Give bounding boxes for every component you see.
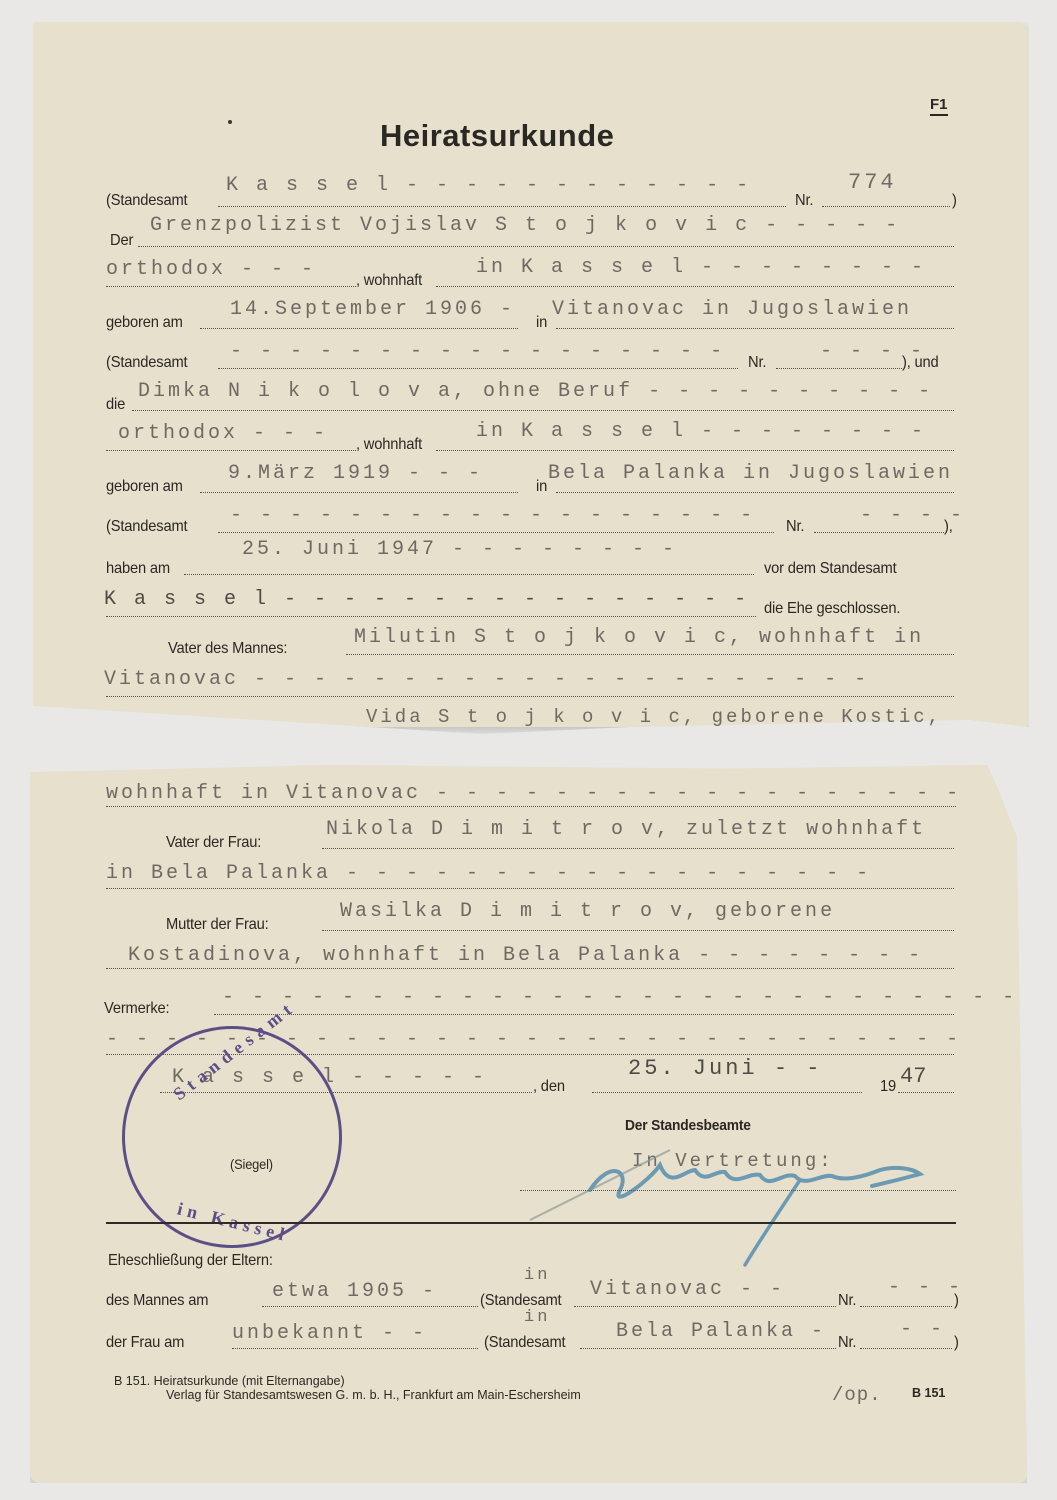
wife-born-line	[200, 492, 518, 493]
husband-residence-line	[436, 286, 954, 287]
marriage-closing-label: die Ehe geschlossen.	[764, 600, 900, 618]
husband-parents-place: Vitanovac - -	[590, 1278, 785, 1301]
husband-father-value-1: Milutin S t o j k o v i c, wohnhaft in	[354, 626, 924, 649]
husband-name-value: Grenzpolizist Vojislav S t o j k o v i c…	[150, 214, 900, 237]
husband-registry-nr-line	[776, 368, 902, 369]
marriage-vor-label: vor dem Standesamt	[764, 560, 897, 578]
remarks-label: Vermerke:	[104, 1000, 169, 1018]
husband-parents-nr-value: - - -	[888, 1276, 963, 1299]
husband-registry-label: (Standesamt	[106, 354, 187, 372]
husband-mother-line-2	[106, 806, 956, 807]
year-prefix: 19	[880, 1078, 896, 1096]
marriage-office-line	[106, 616, 756, 617]
remarks-line-1	[214, 1014, 954, 1015]
wife-mother-value-2: Kostadinova, wohnhaft in Bela Palanka - …	[128, 944, 923, 967]
husband-religion-value: orthodox - - -	[106, 258, 316, 281]
marriage-office-value: K a s s e l - - - - - - - - - - - - - - …	[104, 588, 749, 611]
ink-dot	[228, 120, 232, 124]
year-line	[898, 1092, 954, 1093]
signature-line	[520, 1190, 956, 1191]
wife-religion-value: orthodox - - -	[118, 422, 328, 445]
wife-parents-date-line	[232, 1348, 478, 1349]
husband-parents-label: des Mannes am	[106, 1292, 208, 1310]
husband-registry-close: ), und	[902, 354, 939, 372]
registry-close-paren: )	[952, 192, 957, 210]
signature-handwritten	[520, 1130, 940, 1270]
remarks-value-1: - - - - - - - - - - - - - - - - - - - - …	[222, 986, 1017, 1009]
husband-birthplace-line	[556, 328, 954, 329]
husband-registry-line	[218, 368, 738, 369]
husband-parents-in: in	[524, 1266, 550, 1285]
den-label: , den	[533, 1078, 565, 1096]
husband-parents-date: etwa 1905 -	[272, 1280, 437, 1303]
wife-registry-value: - - - - - - - - - - - - - - - - - -	[230, 504, 755, 527]
section-divider	[106, 1222, 956, 1224]
wife-registry-nr-line	[814, 532, 944, 533]
wife-parents-nr-value: - -	[900, 1318, 945, 1341]
wife-father-line-1	[322, 848, 954, 849]
parents-marriage-heading: Eheschließung der Eltern:	[108, 1252, 273, 1270]
wife-parents-place: Bela Palanka -	[616, 1320, 826, 1343]
wife-born-label: geboren am	[106, 478, 183, 496]
husband-born-value: 14.September 1906 -	[230, 298, 515, 321]
husband-wohnhaft-label: , wohnhaft	[356, 272, 422, 290]
husband-father-line-1	[346, 654, 954, 655]
wife-residence-value: in K a s s e l - - - - - - - -	[476, 420, 926, 443]
wife-die-label: die	[106, 396, 125, 414]
husband-mother-value-2: wohnhaft in Vitanovac - - - - - - - - - …	[106, 782, 961, 805]
wife-registry-line	[218, 532, 774, 533]
footer-publisher-line: Verlag für Standesamtswesen G. m. b. H.,…	[166, 1388, 581, 1402]
wife-birthplace-line	[556, 492, 954, 493]
wife-parents-nr-label: Nr.	[838, 1334, 856, 1352]
wife-parents-nr-line	[860, 1348, 952, 1349]
husband-parents-close: )	[954, 1292, 959, 1310]
form-code: F1	[930, 96, 948, 116]
seal-label: (Siegel)	[230, 1156, 273, 1172]
year-value: 47	[900, 1064, 926, 1089]
wife-registry-nr-label: Nr.	[786, 518, 804, 536]
husband-registry-value: - - - - - - - - - - - - - - - - -	[230, 340, 725, 363]
wife-mother-line-1	[322, 930, 954, 931]
wife-parents-close: )	[954, 1334, 959, 1352]
husband-father-label: Vater des Mannes:	[168, 640, 287, 658]
husband-registry-nr-label: Nr.	[748, 354, 766, 372]
husband-der-label: Der	[110, 232, 133, 250]
document-title: Heiratsurkunde	[380, 118, 614, 154]
wife-mother-label: Mutter der Frau:	[166, 916, 269, 934]
husband-parents-date-line	[262, 1306, 478, 1307]
wife-mother-line-2	[106, 968, 954, 969]
wife-parents-registry-label: (Standesamt	[484, 1334, 565, 1352]
footer-form-line: B 151. Heiratsurkunde (mit Elternangabe)	[114, 1374, 345, 1388]
wife-father-value-2: in Bela Palanka - - - - - - - - - - - - …	[106, 862, 871, 885]
registry-field-line	[218, 206, 786, 207]
wife-registry-label: (Standesamt	[106, 518, 187, 536]
registry-nr-label: Nr.	[795, 192, 813, 210]
husband-name-line	[138, 246, 954, 247]
registry-value: K a s s e l - - - - - - - - - - - -	[226, 174, 751, 197]
wife-born-value: 9.März 1919 - - -	[228, 462, 483, 485]
date-value: 25. Juni - -	[628, 1056, 822, 1081]
footer-initials: /op.	[832, 1384, 882, 1406]
husband-residence-value: in K a s s e l - - - - - - - -	[476, 256, 926, 279]
marriage-date-label: haben am	[106, 560, 170, 578]
marriage-date-line	[184, 574, 754, 575]
husband-parents-place-line	[574, 1306, 836, 1307]
registry-nr-line	[822, 206, 950, 207]
husband-mother-value-1: Vida S t o j k o v i c, geborene Kostic,	[366, 706, 942, 728]
husband-father-line-2	[106, 696, 954, 697]
wife-in-label: in	[536, 478, 547, 496]
wife-residence-line	[436, 450, 954, 451]
wife-father-value-1: Nikola D i m i t r o v, zuletzt wohnhaft	[326, 818, 926, 841]
wife-parents-label: der Frau am	[106, 1334, 184, 1352]
husband-birthplace-value: Vitanovac in Jugoslawien	[552, 298, 912, 321]
wife-name-line	[132, 410, 954, 411]
husband-father-value-2: Vitanovac - - - - - - - - - - - - - - - …	[104, 668, 869, 691]
wife-mother-value-1: Wasilka D i m i t r o v, geborene	[340, 900, 835, 923]
wife-registry-close: ),	[944, 518, 953, 536]
wife-father-line-2	[106, 888, 954, 889]
wife-parents-in: in	[524, 1308, 550, 1327]
wife-parents-place-line	[580, 1348, 836, 1349]
date-line	[592, 1092, 862, 1093]
wife-name-value: Dimka N i k o l o v a, ohne Beruf - - - …	[138, 380, 933, 403]
wife-birthplace-value: Bela Palanka in Jugoslawien	[548, 462, 953, 485]
husband-parents-nr-label: Nr.	[838, 1292, 856, 1310]
marriage-date-value: 25. Juni 1947 - - - - - - - -	[242, 538, 677, 561]
husband-parents-nr-line	[860, 1306, 952, 1307]
wife-wohnhaft-label: , wohnhaft	[356, 436, 422, 454]
wife-religion-line	[106, 450, 356, 451]
footer-code: B 151	[912, 1386, 945, 1400]
wife-father-label: Vater der Frau:	[166, 834, 261, 852]
wife-parents-date: unbekannt - -	[232, 1322, 427, 1345]
husband-born-line	[200, 328, 518, 329]
registry-nr-value: 774	[848, 170, 897, 195]
husband-religion-line	[106, 286, 356, 287]
husband-in-label: in	[536, 314, 547, 332]
husband-born-label: geboren am	[106, 314, 183, 332]
registry-label: (Standesamt	[106, 192, 187, 210]
